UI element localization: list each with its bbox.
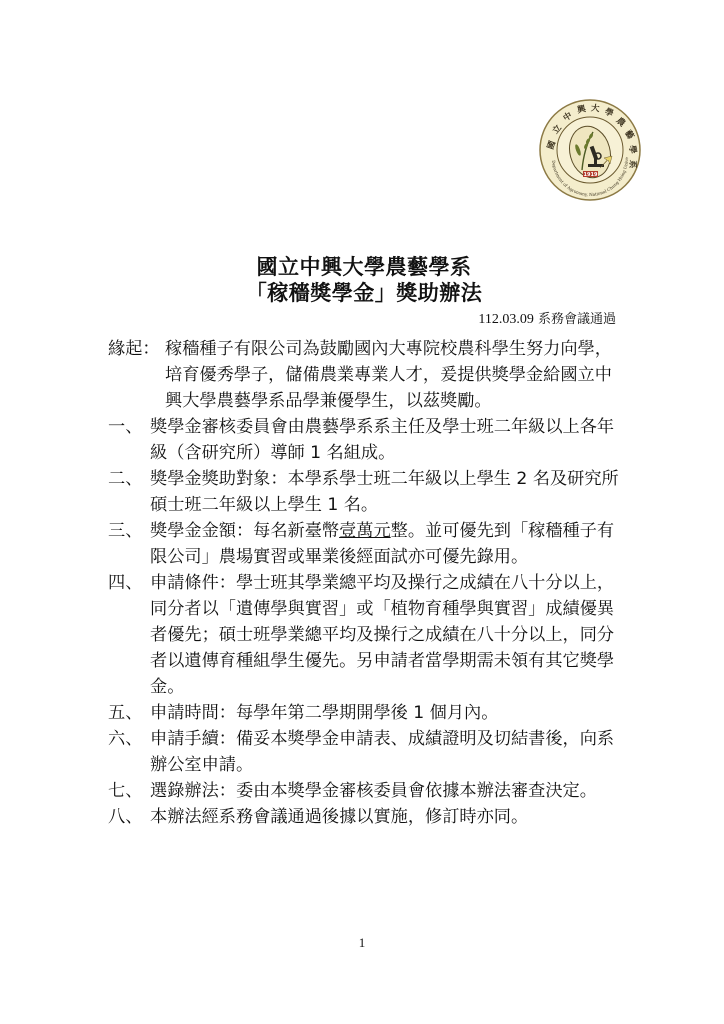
article-6-line: 六、申請手續：備妥本獎學金申請表、成績證明及切結書後，向系 [108,726,618,752]
article-text: 申請條件：學士班其學業總平均及操行之成績在八十分以上， [150,573,614,593]
article-2-line: 二、獎學金獎助對象：本學系學士班二年級以上學生 2 名及研究所 [108,466,618,492]
article-text: 辦公室申請。 [150,755,253,775]
article-text: 同分者以「遺傳學與實習」或「植物育種學與實習」成績優異 [150,599,614,619]
article-3-label: 三、 [108,518,150,544]
article-text: 者以遺傳育種組學生優先。另申請者當學期需未領有其它獎學 [150,651,614,671]
approval-text: 系務會議通過 [534,312,616,327]
article-text: 者優先；碩士班學業總平均及操行之成績在八十分以上，同分 [150,625,614,645]
article-1-line: 級（含研究所）導師 1 名組成。 [108,440,618,466]
article-4-label: 四、 [108,570,150,596]
article-1-label: 一、 [108,414,150,440]
article-text: 獎學金審核委員會由農藝學系系主任及學士班二年級以上各年 [150,417,614,437]
article-text: 級（含研究所）導師 1 名組成。 [150,443,395,463]
page-number: 1 [0,935,724,951]
article-5-line: 五、申請時間：每學年第二學期開學後 1 個月內。 [108,700,618,726]
article-3-line: 限公司」農場實習或畢業後經面試亦可優先錄用。 [108,544,618,570]
article-2-line: 碩士班二年級以上學生 1 名。 [108,492,618,518]
intro-line: 培育優秀學子，儲備農業專業人才，爰提供獎學金給國立中 [108,362,618,388]
article-text: 限公司」農場實習或畢業後經面試亦可優先錄用。 [150,547,528,567]
intro-text: 興大學農藝學系品學兼優學生，以茲獎勵。 [165,391,492,411]
article-7-label: 七、 [108,778,150,804]
intro-text: 培育優秀學子，儲備農業專業人才，爰提供獎學金給國立中 [165,365,612,385]
article-text: 選錄辦法：委由本獎學金審核委員會依據本辦法審查決定。 [150,781,597,801]
article-1-line: 一、獎學金審核委員會由農藝學系系主任及學士班二年級以上各年 [108,414,618,440]
svg-text:1919: 1919 [584,172,598,178]
svg-text:大: 大 [590,103,600,115]
article-6-line: 辦公室申請。 [108,752,618,778]
document-page: 國 立 中 興 大 學 農 藝 學 系 Department of Agrono… [0,0,724,1024]
article-text: 獎學金獎助對象：本學系學士班二年級以上學生 2 名及研究所 [150,469,619,489]
intro-line: 緣起：稼穡種子有限公司為鼓勵國內大專院校農科學生努力向學， [108,336,618,362]
article-3-line: 三、獎學金金額：每名新臺幣壹萬元整。並可優先到「稼穡種子有 [108,518,618,544]
article-2-label: 二、 [108,466,150,492]
article-text: 本辦法經系務會議通過後據以實施，修訂時亦同。 [150,807,528,827]
document-body: 緣起：稼穡種子有限公司為鼓勵國內大專院校農科學生努力向學， 培育優秀學子，儲備農… [108,336,618,830]
intro-text: 稼穡種子有限公司為鼓勵國內大專院校農科學生努力向學， [165,339,612,359]
article-text: 獎學金金額：每名新臺幣 [150,521,339,541]
article-7-line: 七、選錄辦法：委由本獎學金審核委員會依據本辦法審查決定。 [108,778,618,804]
article-text: 申請手續：備妥本獎學金申請表、成績證明及切結書後，向系 [150,729,614,749]
article-5-label: 五、 [108,700,150,726]
article-text: 整。並可優先到「稼穡種子有 [391,521,614,541]
article-text: 金。 [150,677,184,697]
approval-note: 112.03.09 系務會議通過 [478,311,616,329]
article-4-line: 金。 [108,674,618,700]
article-4-line: 者優先；碩士班學業總平均及操行之成績在八十分以上，同分 [108,622,618,648]
article-text: 申請時間：每學年第二學期開學後 1 個月內。 [150,703,498,723]
department-seal-logo: 國 立 中 興 大 學 農 藝 學 系 Department of Agrono… [538,98,642,202]
article-6-label: 六、 [108,726,150,752]
article-4-line: 四、申請條件：學士班其學業總平均及操行之成績在八十分以上， [108,570,618,596]
document-title-line1: 國立中興大學農藝學系 [2,254,724,280]
intro-line: 興大學農藝學系品學兼優學生，以茲獎勵。 [108,388,618,414]
article-4-line: 同分者以「遺傳學與實習」或「植物育種學與實習」成績優異 [108,596,618,622]
underlined-amount: 壹萬元 [339,521,391,541]
intro-label: 緣起： [108,336,165,362]
article-text: 碩士班二年級以上學生 1 名。 [150,495,378,515]
document-title-line2: 「稼穡獎學金」獎助辦法 [2,280,724,306]
article-4-line: 者以遺傳育種組學生優先。另申請者當學期需未領有其它獎學 [108,648,618,674]
approval-date: 112.03.09 [478,312,533,327]
article-8-line: 八、本辦法經系務會議通過後據以實施，修訂時亦同。 [108,804,618,830]
article-8-label: 八、 [108,804,150,830]
